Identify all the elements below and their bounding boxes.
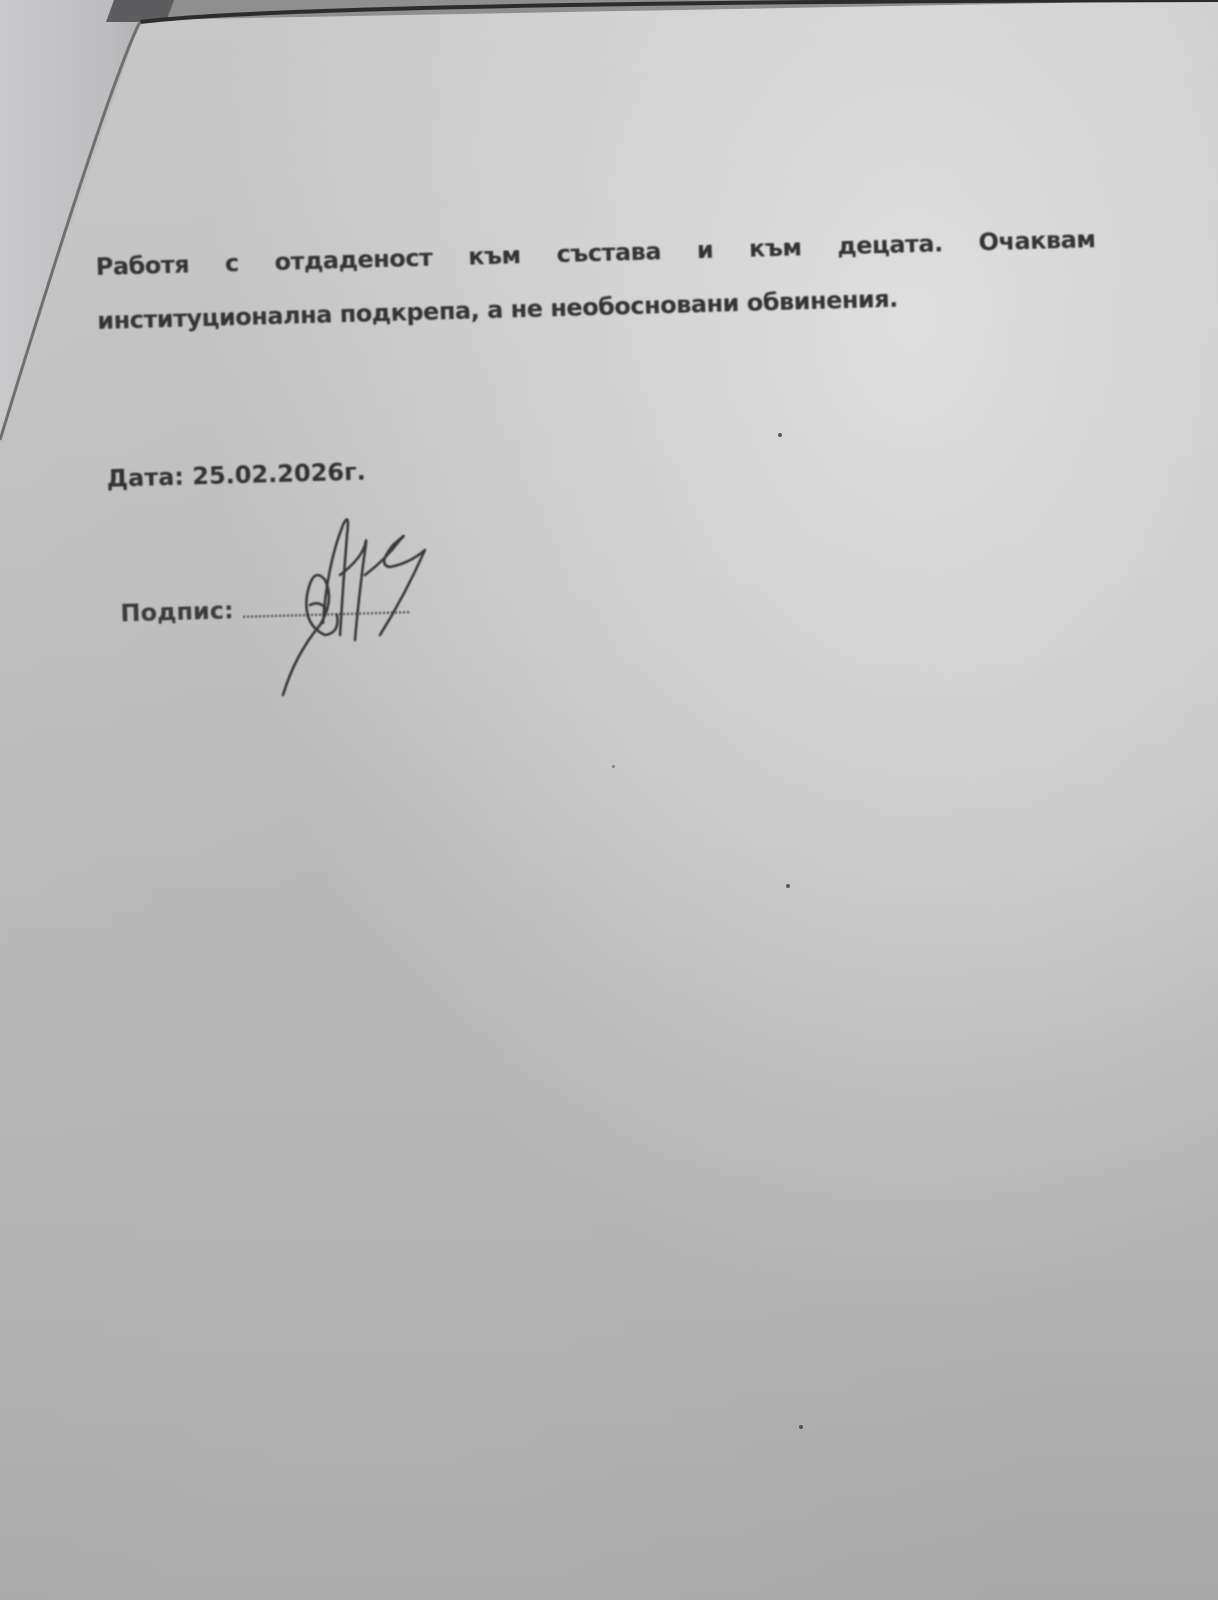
paper-speck bbox=[799, 1425, 803, 1429]
handwritten-signature bbox=[265, 505, 435, 705]
date-label: Дата: bbox=[106, 463, 184, 493]
binder-gap bbox=[106, 0, 174, 22]
paper-speck bbox=[778, 433, 782, 437]
date-value: 25.02.2026г. bbox=[192, 458, 366, 491]
paper-speck bbox=[786, 884, 790, 888]
paper-speck bbox=[612, 765, 615, 768]
signature-label: Подпис: bbox=[120, 596, 234, 627]
